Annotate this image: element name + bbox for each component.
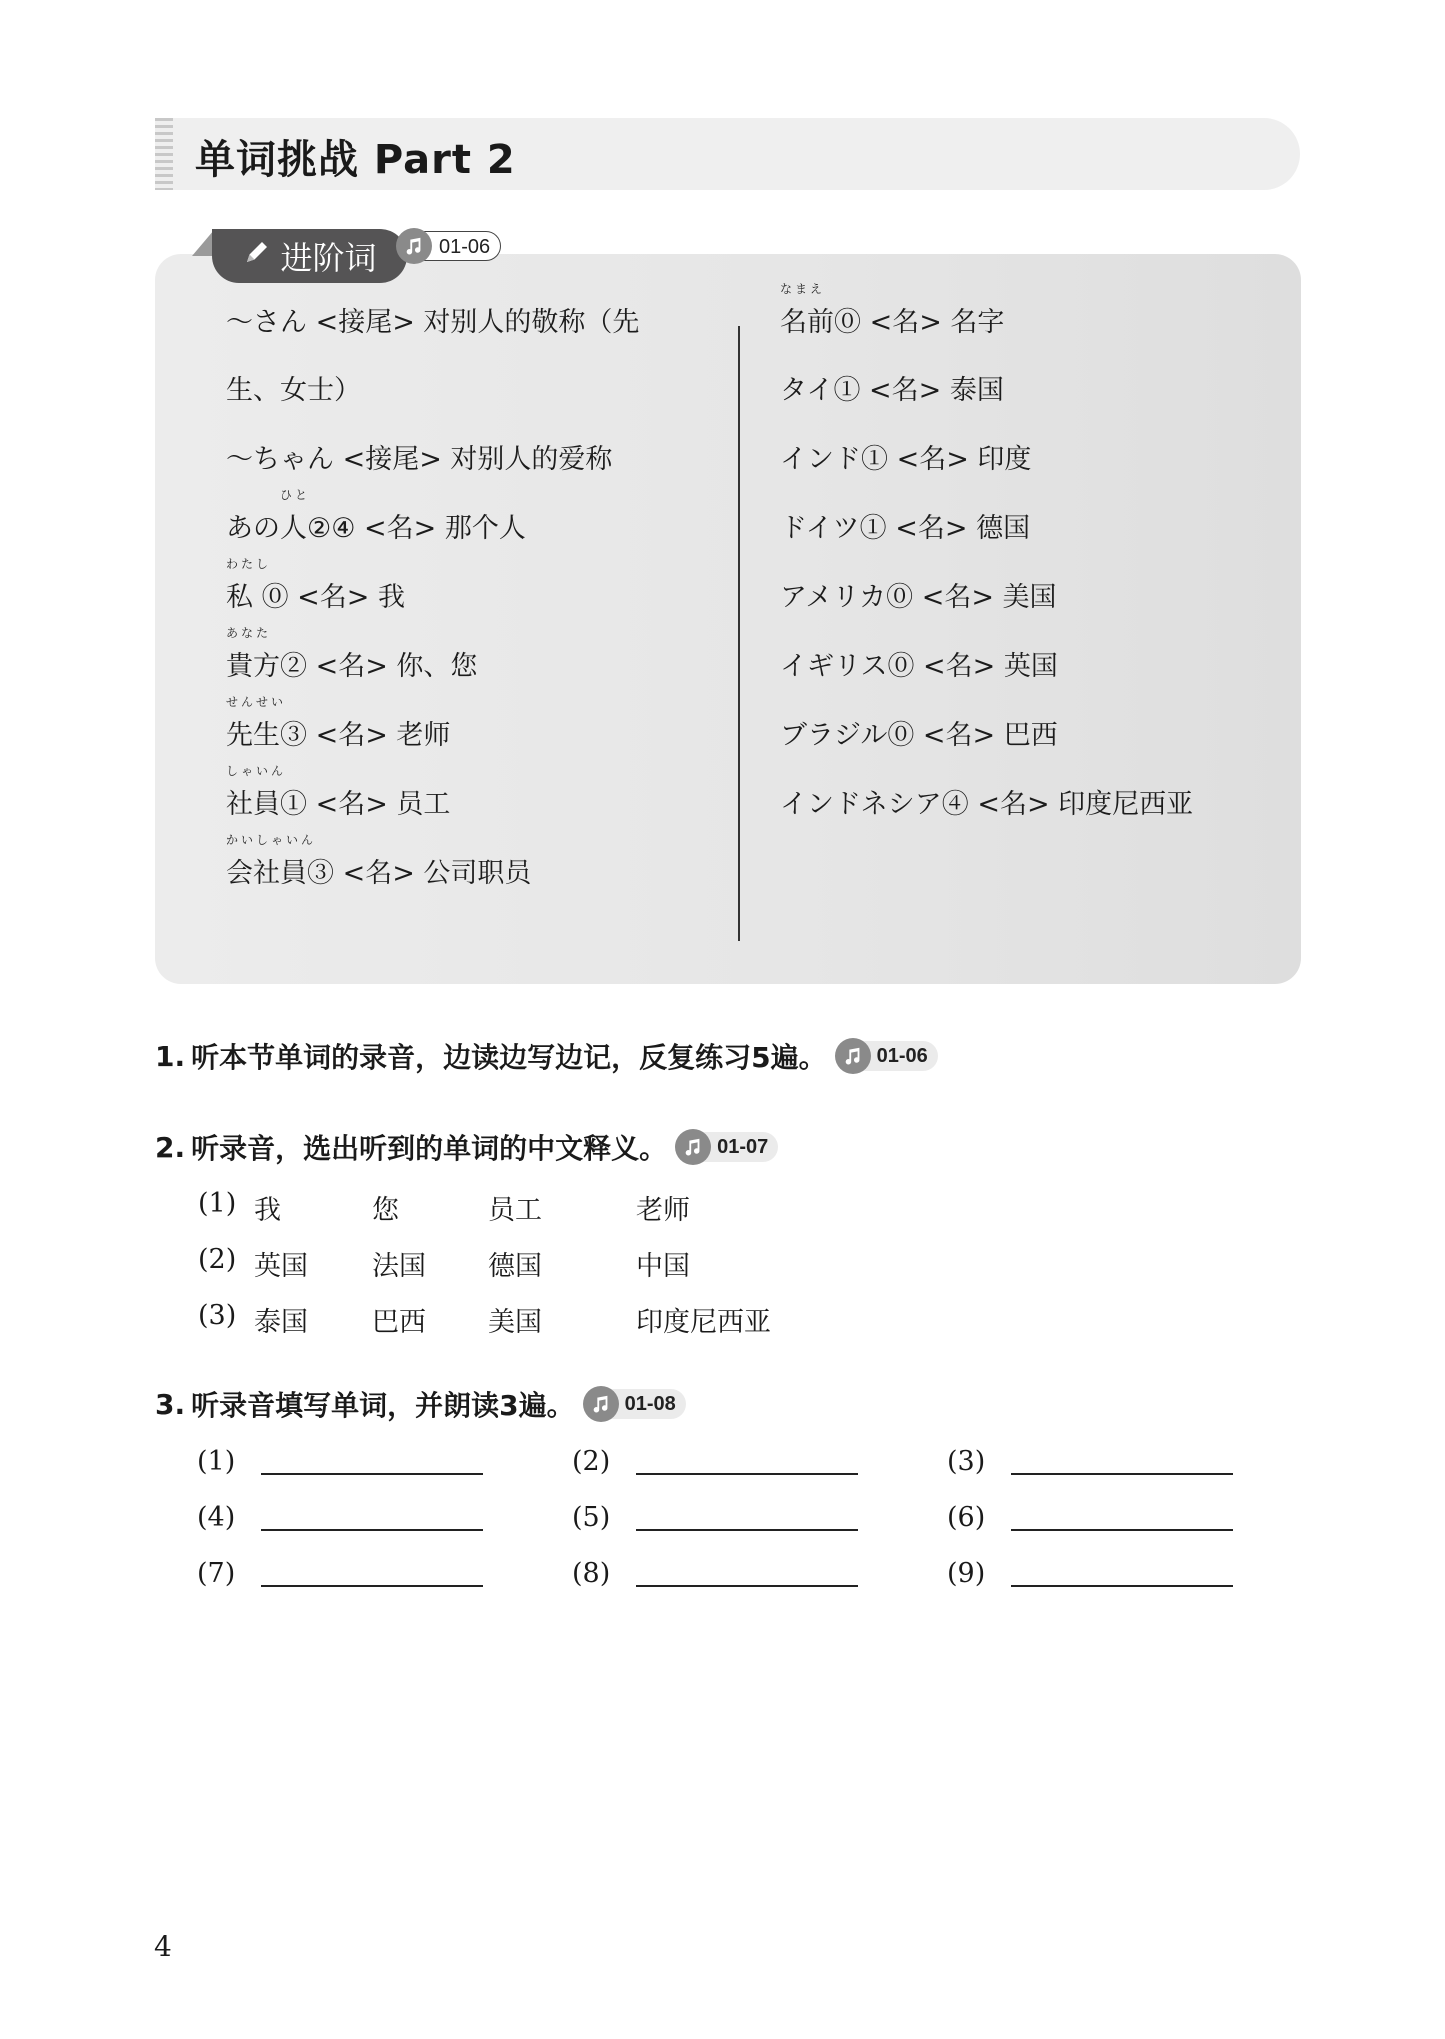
blank-line[interactable] xyxy=(1011,1473,1233,1475)
exercise-instruction: 听录音，选出听到的单词的中文释义。 xyxy=(191,1127,667,1167)
audio-track-badge[interactable]: 01-07 xyxy=(675,1129,778,1165)
choice-option[interactable]: 德国 xyxy=(488,1244,542,1283)
blank-line[interactable] xyxy=(261,1585,483,1587)
vocab-entry: ～ちゃん <接尾> 对别人的爱称 xyxy=(226,437,612,476)
vocab-entry: しゃいん社員① <名> 员工 xyxy=(226,782,450,821)
blank-label: (2) xyxy=(572,1446,610,1477)
vocab-entry-text: ⓪ <名> 我 xyxy=(253,582,405,613)
vocab-entry-text: ⓪ <名> 英国 xyxy=(887,651,1057,682)
furigana: あなた xyxy=(226,624,271,641)
vocab-entry: あなた貴方② <名> 你、您 xyxy=(226,644,477,683)
choice-label: (2) xyxy=(198,1244,236,1275)
vocab-entry-text: ③ <名> 老师 xyxy=(280,720,450,751)
column-divider xyxy=(738,326,740,941)
blank-line[interactable] xyxy=(1011,1585,1233,1587)
vocab-entry: なまえ名前⓪ <名> 名字 xyxy=(780,300,1004,339)
vocab-entry-text: ② <名> 你、您 xyxy=(280,651,477,682)
vocab-tab-text: 进阶词 xyxy=(280,233,376,279)
choice-option[interactable]: 美国 xyxy=(488,1300,542,1339)
choice-option[interactable]: 老师 xyxy=(636,1188,690,1227)
choice-label: (1) xyxy=(198,1188,236,1219)
headword-katakana: インド xyxy=(780,444,861,475)
audio-track-code: 01-07 xyxy=(703,1132,778,1162)
music-note-icon xyxy=(675,1129,711,1165)
exercise-instruction: 听录音填写单词，并朗读3遍。 xyxy=(191,1384,574,1424)
vocab-entry: ドイツ① <名> 德国 xyxy=(780,506,1030,545)
exercise-2-heading: 2. 听录音，选出听到的单词的中文释义。 01-07 xyxy=(155,1127,778,1167)
vocab-entry: ～さん <接尾> 对别人的敬称（先 xyxy=(226,300,639,339)
blank-label: (3) xyxy=(947,1446,985,1477)
title-stripe-decoration xyxy=(155,118,173,190)
page-title: 单词挑战 Part 2 xyxy=(195,128,516,185)
vocab-headword: ひと人 xyxy=(280,506,307,545)
blank-label: (4) xyxy=(197,1502,235,1533)
exercise-number: 1. xyxy=(155,1040,185,1073)
choice-option[interactable]: 巴西 xyxy=(372,1300,426,1339)
vocab-entry: あのひと人②④ <名> 那个人 xyxy=(226,506,526,545)
vocab-entry: わたし私 ⓪ <名> 我 xyxy=(226,575,405,614)
furigana: しゃいん xyxy=(226,762,286,779)
audio-track-code: 01-06 xyxy=(424,231,501,261)
vocab-entry-text: ⓪ <名> 名字 xyxy=(834,307,1004,338)
music-note-icon xyxy=(583,1386,619,1422)
blank-label: (5) xyxy=(572,1502,610,1533)
vocab-headword: あなた貴方 xyxy=(226,644,280,683)
vocab-entry: インドネシア④ <名> 印度尼西亚 xyxy=(780,782,1193,821)
vocab-entry: タイ① <名> 泰国 xyxy=(780,368,1004,407)
vocab-entry: 生、女士） xyxy=(226,368,361,407)
blank-line[interactable] xyxy=(636,1585,858,1587)
exercise-1-heading: 1. 听本节单词的录音，边读边写边记，反复练习5遍。 01-06 xyxy=(155,1036,938,1076)
blank-label: (1) xyxy=(197,1446,235,1477)
choice-label: (3) xyxy=(198,1300,236,1331)
fill-blank-6[interactable]: (6) xyxy=(947,1502,1233,1533)
vocab-entry-text: ⓪ <名> 巴西 xyxy=(887,720,1057,751)
vocab-entry-text: ⓪ <名> 美国 xyxy=(886,582,1056,613)
headword-katakana: アメリカ xyxy=(780,582,886,613)
fill-blank-1[interactable]: (1) xyxy=(197,1446,483,1477)
vocab-tab-label: 进阶词 xyxy=(212,229,407,283)
vocab-entry: かいしゃいん会社員③ <名> 公司职员 xyxy=(226,851,531,890)
choice-option[interactable]: 员工 xyxy=(488,1188,542,1227)
headword-kanji: 名前 xyxy=(780,307,834,338)
vocab-entry: せんせい先生③ <名> 老师 xyxy=(226,713,450,752)
vocab-entry-text: ～ちゃん <接尾> 对别人的爱称 xyxy=(226,444,612,475)
vocab-entry: イギリス⓪ <名> 英国 xyxy=(780,644,1058,683)
audio-track-code: 01-08 xyxy=(611,1389,686,1419)
headword-katakana: タイ xyxy=(780,375,833,406)
vocab-headword: かいしゃいん会社員 xyxy=(226,851,307,890)
vocab-entry-text: ① <名> 印度 xyxy=(861,444,1031,475)
vocab-headword: なまえ名前 xyxy=(780,300,834,339)
choice-option[interactable]: 英国 xyxy=(254,1244,308,1283)
headword-kanji: 社員 xyxy=(226,789,280,820)
vocab-entry: アメリカ⓪ <名> 美国 xyxy=(780,575,1057,614)
furigana: せんせい xyxy=(226,693,286,710)
blank-line[interactable] xyxy=(636,1473,858,1475)
page-number: 4 xyxy=(154,1930,172,1963)
vocab-prefix: あの xyxy=(226,513,280,544)
furigana: かいしゃいん xyxy=(226,831,316,848)
furigana: なまえ xyxy=(780,280,825,297)
exercise-3-heading: 3. 听录音填写单词，并朗读3遍。 01-08 xyxy=(155,1384,686,1424)
pencil-icon xyxy=(242,237,272,275)
vocab-entry: インド① <名> 印度 xyxy=(780,437,1031,476)
fill-blank-8[interactable]: (8) xyxy=(572,1558,858,1589)
fill-blank-7[interactable]: (7) xyxy=(197,1558,483,1589)
headword-katakana: ドイツ xyxy=(780,513,860,544)
blank-line[interactable] xyxy=(261,1529,483,1531)
vocab-headword: しゃいん社員 xyxy=(226,782,280,821)
headword-kanji: 人 xyxy=(280,513,307,544)
choice-option[interactable]: 我 xyxy=(254,1188,281,1227)
headword-kanji: 先生 xyxy=(226,720,280,751)
audio-track-badge[interactable]: 01-08 xyxy=(583,1386,686,1422)
blank-label: (6) xyxy=(947,1502,985,1533)
exercise-instruction: 听本节单词的录音，边读边写边记，反复练习5遍。 xyxy=(191,1036,827,1076)
blank-label: (7) xyxy=(197,1558,235,1589)
fill-blank-2[interactable]: (2) xyxy=(572,1446,858,1477)
choice-option[interactable]: 泰国 xyxy=(254,1300,308,1339)
vocab-entry-text: ① <名> 德国 xyxy=(860,513,1030,544)
headword-kanji: 私 xyxy=(226,582,253,613)
headword-kanji: 貴方 xyxy=(226,651,280,682)
vocab-entry-text: ① <名> 泰国 xyxy=(833,375,1003,406)
vocab-entry-text: ① <名> 员工 xyxy=(280,789,450,820)
vocab-entry-text: ～さん <接尾> 对别人的敬称（先 xyxy=(226,307,639,338)
choice-option[interactable]: 中国 xyxy=(636,1244,690,1283)
fill-blank-9[interactable]: (9) xyxy=(947,1558,1233,1589)
fill-blank-4[interactable]: (4) xyxy=(197,1502,483,1533)
music-note-icon xyxy=(396,228,432,264)
audio-track-badge[interactable]: 01-06 xyxy=(835,1038,938,1074)
choice-option[interactable]: 您 xyxy=(372,1188,399,1227)
headword-katakana: イギリス xyxy=(780,651,887,682)
furigana: ひと xyxy=(280,486,310,503)
vocab-entry: ブラジル⓪ <名> 巴西 xyxy=(780,713,1058,752)
audio-track-code: 01-06 xyxy=(863,1041,938,1071)
choice-option[interactable]: 印度尼西亚 xyxy=(636,1300,771,1339)
blank-line[interactable] xyxy=(261,1473,483,1475)
headword-kanji: 会社員 xyxy=(226,858,307,889)
fill-blank-3[interactable]: (3) xyxy=(947,1446,1233,1477)
vocab-entry-text: ②④ <名> 那个人 xyxy=(307,513,526,544)
audio-track-badge[interactable]: 01-06 xyxy=(396,228,501,264)
vocab-entry-text: 生、女士） xyxy=(226,375,361,406)
furigana: わたし xyxy=(226,555,271,572)
vocab-headword: わたし私 xyxy=(226,575,253,614)
vocab-headword: せんせい先生 xyxy=(226,713,280,752)
tab-fold-decoration xyxy=(192,230,214,256)
blank-label: (9) xyxy=(947,1558,985,1589)
headword-katakana: インドネシア xyxy=(780,789,942,820)
exercise-number: 3. xyxy=(155,1388,185,1421)
music-note-icon xyxy=(835,1038,871,1074)
blank-label: (8) xyxy=(572,1558,610,1589)
fill-blank-5[interactable]: (5) xyxy=(572,1502,858,1533)
choice-option[interactable]: 法国 xyxy=(372,1244,426,1283)
headword-katakana: ブラジル xyxy=(780,720,887,751)
blank-line[interactable] xyxy=(636,1529,858,1531)
vocab-entry-text: ④ <名> 印度尼西亚 xyxy=(942,789,1193,820)
exercise-number: 2. xyxy=(155,1131,185,1164)
blank-line[interactable] xyxy=(1011,1529,1233,1531)
vocab-entry-text: ③ <名> 公司职员 xyxy=(307,858,531,889)
